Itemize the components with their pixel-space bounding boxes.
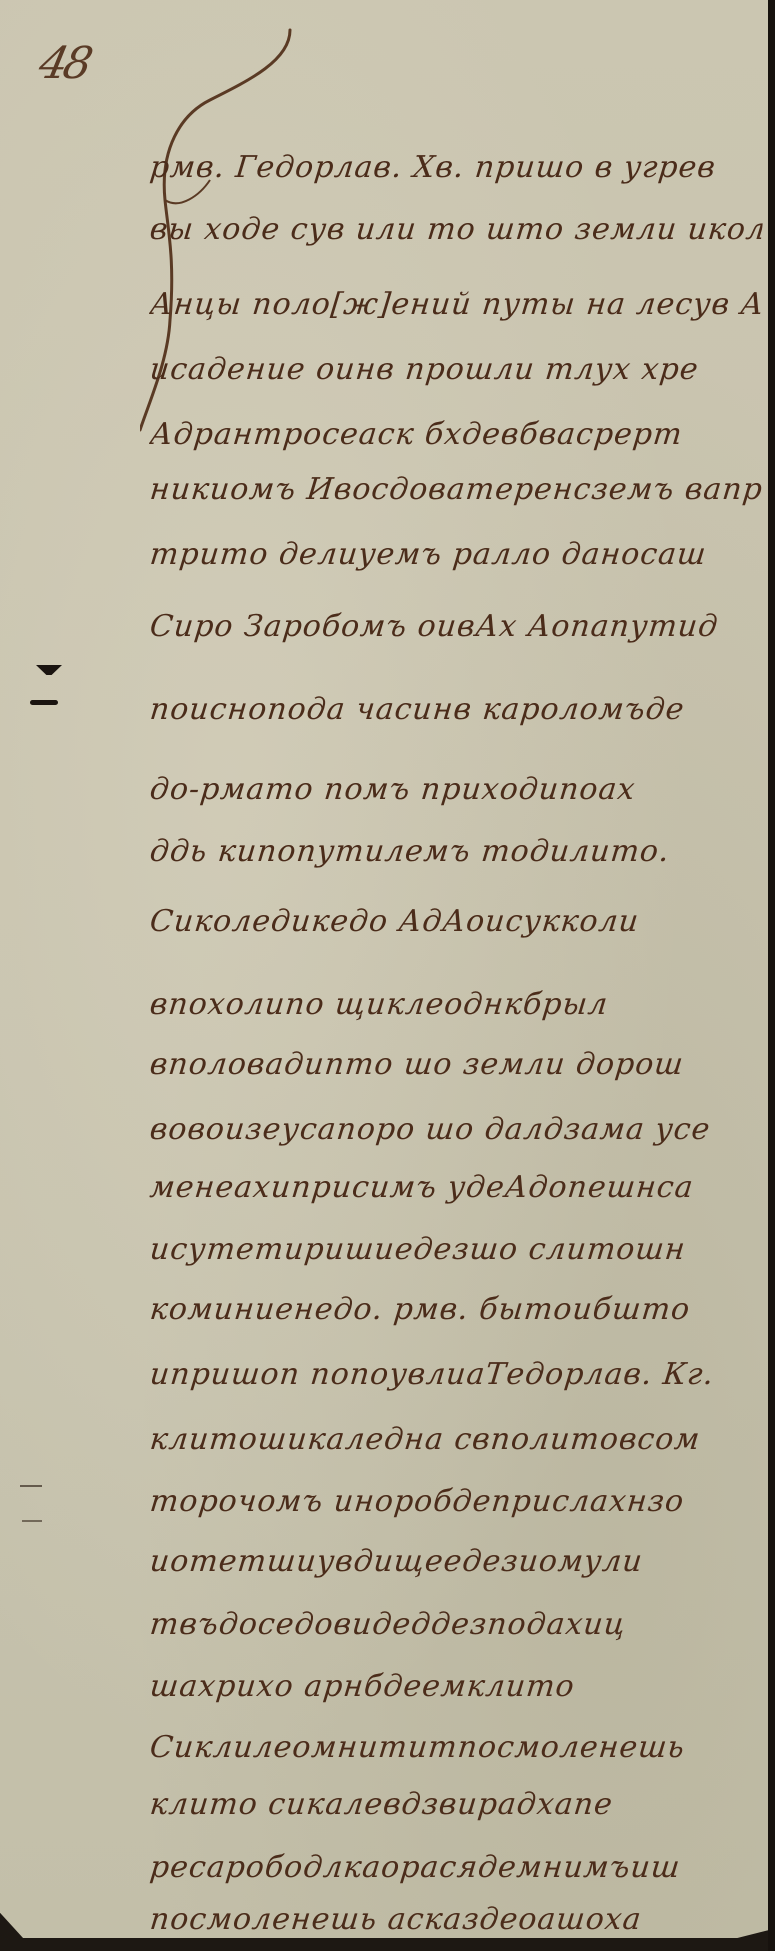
manuscript-line: шахрихо арнбдеемклито: [148, 1667, 764, 1707]
manuscript-page: 48 рмв. Гедорлав. Хв. пришо в угреввы хо…: [0, 0, 768, 1938]
manuscript-line: трито делиуемъ ралло даносаш: [148, 535, 764, 575]
manuscript-line: исутетиришиедезшо слитошн: [148, 1230, 764, 1270]
margin-mark: [30, 700, 58, 705]
manuscript-line: клито сикалевдзвирадхапе: [148, 1785, 764, 1825]
margin-mark: [20, 1485, 42, 1487]
manuscript-line: до-рмато помъ приходипоах: [148, 770, 764, 810]
manuscript-line: Сиклилеомнититпосмоленешь: [148, 1728, 764, 1768]
manuscript-line: Анцы поло[ж]ений путы на лесув Азо: [148, 285, 764, 325]
manuscript-line: рмв. Гедорлав. Хв. пришо в угрев: [148, 148, 764, 188]
manuscript-line: вполовадипто шо земли дорош: [148, 1045, 764, 1085]
margin-mark: [22, 1520, 42, 1522]
manuscript-line: ддь кипопутилемъ тодилито.: [148, 832, 764, 872]
manuscript-line: ресарободлкаорасядемнимъиш: [148, 1848, 764, 1888]
manuscript-line: Адрантросеаск бхдевбвасрерт: [148, 415, 764, 455]
manuscript-line: вовоизеусапоро шо далдзама усе: [148, 1110, 764, 1150]
manuscript-line: никиомъ Ивосдоватеренсземъ вапро: [148, 470, 764, 510]
manuscript-line: ипришоп попоувлиаТедорлав. Кг.: [148, 1355, 764, 1395]
manuscript-line: Сиро Заробомъ оивАх Аопапутид: [148, 607, 764, 647]
manuscript-line: твъдоседовидеддезподахиц: [148, 1605, 764, 1645]
page-edge-shadow: [768, 0, 775, 1951]
manuscript-line: вы ходе сув или то што земли икол: [148, 210, 764, 250]
manuscript-line: торочомъ иноробдеприслахнзо: [148, 1482, 764, 1522]
manuscript-line: поиснопода часинв кароломъде: [148, 690, 764, 730]
manuscript-line: исадение оинв прошли тлух хре: [148, 350, 764, 390]
folio-number: 48: [35, 38, 94, 89]
manuscript-line: посмоленешь асказдеоашоха: [148, 1900, 764, 1940]
manuscript-line: иотетшиувдищеедезиомули: [148, 1542, 764, 1582]
manuscript-line: клитошикаледна свполитовсом: [148, 1420, 764, 1460]
manuscript-line: менеахиприсимъ удеАдопешнса: [148, 1168, 764, 1208]
manuscript-line: коминиенедо. рмв. бытоибшто: [148, 1290, 764, 1330]
manuscript-line: Сиколедикедо АдАоисукколи: [148, 902, 764, 942]
margin-mark: [36, 665, 62, 675]
manuscript-line: впохолипо щиклеоднкбрыл: [148, 985, 764, 1025]
